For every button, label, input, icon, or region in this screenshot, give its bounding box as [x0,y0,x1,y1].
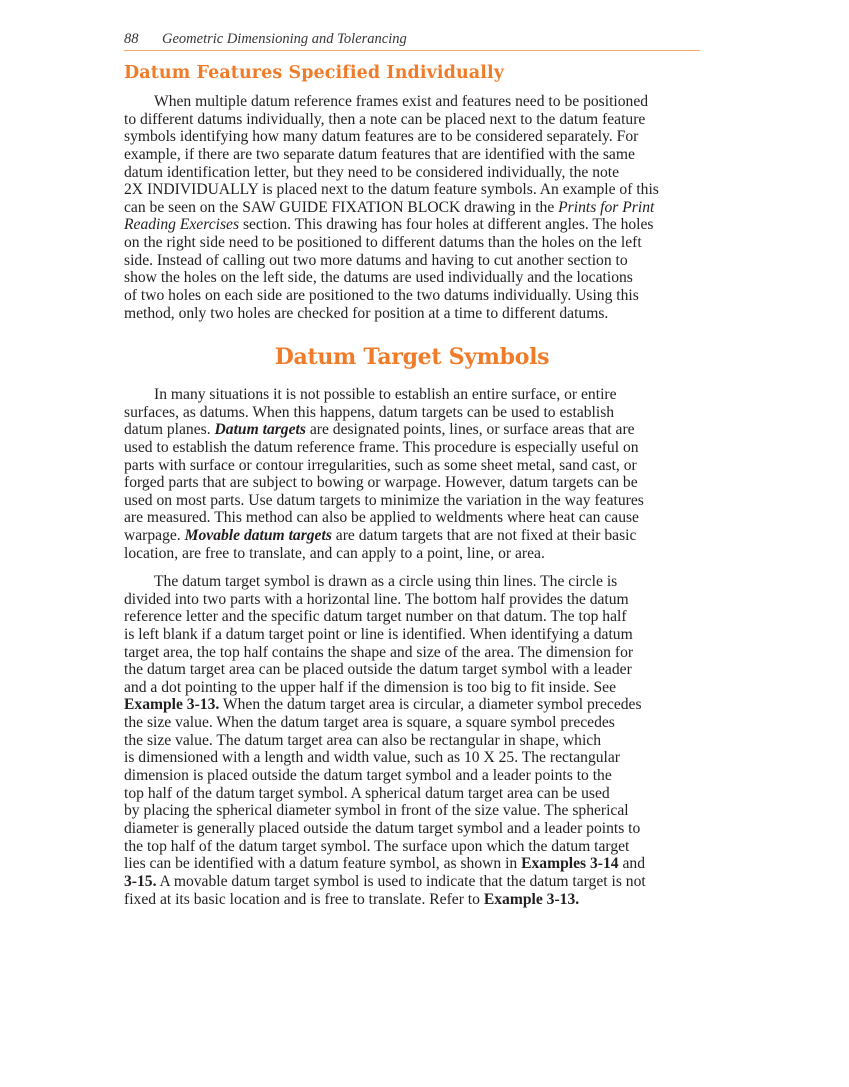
text-run: fixed at its basic location and is free … [124,891,484,908]
text-line: When multiple datum reference frames exi… [124,93,700,111]
text-run: lies can be identified with a datum feat… [124,855,521,872]
text-line: 2X INDIVIDUALLY is placed next to the da… [124,181,700,199]
text-line: show the holes on the left side, the dat… [124,269,700,287]
text-line: fixed at its basic location and is free … [124,891,700,909]
text-line: The datum target symbol is drawn as a ci… [124,573,700,591]
text-line: to different datums individually, then a… [124,111,700,129]
text-line: is left blank if a datum target point or… [124,626,700,644]
text-line: by placing the spherical diameter symbol… [124,802,700,820]
text-line: the size value. When the datum target ar… [124,714,700,732]
text-line: on the right side need to be positioned … [124,234,700,252]
text-line: parts with surface or contour irregulari… [124,457,700,475]
text-run: can be seen on the SAW GUIDE FIXATION BL… [124,199,558,216]
text-line: the datum target area can be placed outs… [124,661,700,679]
text-line: diameter is generally placed outside the… [124,820,700,838]
text-line: used on most parts. Use datum targets to… [124,492,700,510]
text-line: In many situations it is not possible to… [124,386,700,404]
text-line: surfaces, as datums. When this happens, … [124,404,700,422]
text-run: When the datum target area is circular, … [219,696,641,713]
text-line: dimension is placed outside the datum ta… [124,767,700,785]
example-reference: Example 3-13. [124,696,219,713]
section-heading-datum-features-individually: Datum Features Specified Individually [124,63,504,83]
text-run: and [619,855,645,872]
book-section-title: Reading Exercises [124,216,239,233]
text-line: Reading Exercises section. This drawing … [124,216,700,234]
text-run: warpage. [124,527,185,544]
text-line: datum identification letter, but they ne… [124,164,700,182]
text-line: divided into two parts with a horizontal… [124,591,700,609]
text-line: reference letter and the specific datum … [124,608,700,626]
text-line: lies can be identified with a datum feat… [124,855,700,873]
text-line: 3-15. A movable datum target symbol is u… [124,873,700,891]
text-line: is dimensioned with a length and width v… [124,749,700,767]
text-line: datum planes. Datum targets are designat… [124,421,700,439]
text-run: A movable datum target symbol is used to… [156,873,645,890]
text-line: example, if there are two separate datum… [124,146,700,164]
running-header: 88Geometric Dimensioning and Tolerancing [124,30,700,51]
text-run: datum planes. [124,421,215,438]
running-title: Geometric Dimensioning and Tolerancing [162,31,407,47]
key-term: Datum targets [215,421,306,438]
text-line: can be seen on the SAW GUIDE FIXATION BL… [124,199,700,217]
text-run: section. This drawing has four holes at … [239,216,653,233]
text-line: of two holes on each side are positioned… [124,287,700,305]
text-line: the top half of the datum target symbol.… [124,838,700,856]
text-line: forged parts that are subject to bowing … [124,474,700,492]
text-line: top half of the datum target symbol. A s… [124,785,700,803]
book-section-title: Prints for Print [558,199,654,216]
text-line: target area, the top half contains the s… [124,644,700,662]
text-run: are datum targets that are not fixed at … [332,527,637,544]
key-term: Movable datum targets [185,527,332,544]
page-number: 88 [124,30,162,48]
text-line: method, only two holes are checked for p… [124,305,700,323]
section-heading-datum-target-symbols: Datum Target Symbols [124,344,700,370]
text-line: and a dot pointing to the upper half if … [124,679,700,697]
text-line: are measured. This method can also be ap… [124,509,700,527]
text-line: side. Instead of calling out two more da… [124,252,700,270]
paragraph-datum-targets-intro: In many situations it is not possible to… [124,386,700,562]
text-line: symbols identifying how many datum featu… [124,128,700,146]
text-line: Example 3-13. When the datum target area… [124,696,700,714]
text-line: warpage. Movable datum targets are datum… [124,527,700,545]
paragraph-datum-target-symbol-description: The datum target symbol is drawn as a ci… [124,573,700,908]
text-run: are designated points, lines, or surface… [306,421,635,438]
example-reference: Example 3-13. [484,891,579,908]
paragraph-datum-features-individually: When multiple datum reference frames exi… [124,93,700,322]
text-line: location, are free to translate, and can… [124,545,700,563]
example-reference: 3-15. [124,873,156,890]
example-reference: Examples 3-14 [521,855,618,872]
text-line: the size value. The datum target area ca… [124,732,700,750]
text-line: used to establish the datum reference fr… [124,439,700,457]
